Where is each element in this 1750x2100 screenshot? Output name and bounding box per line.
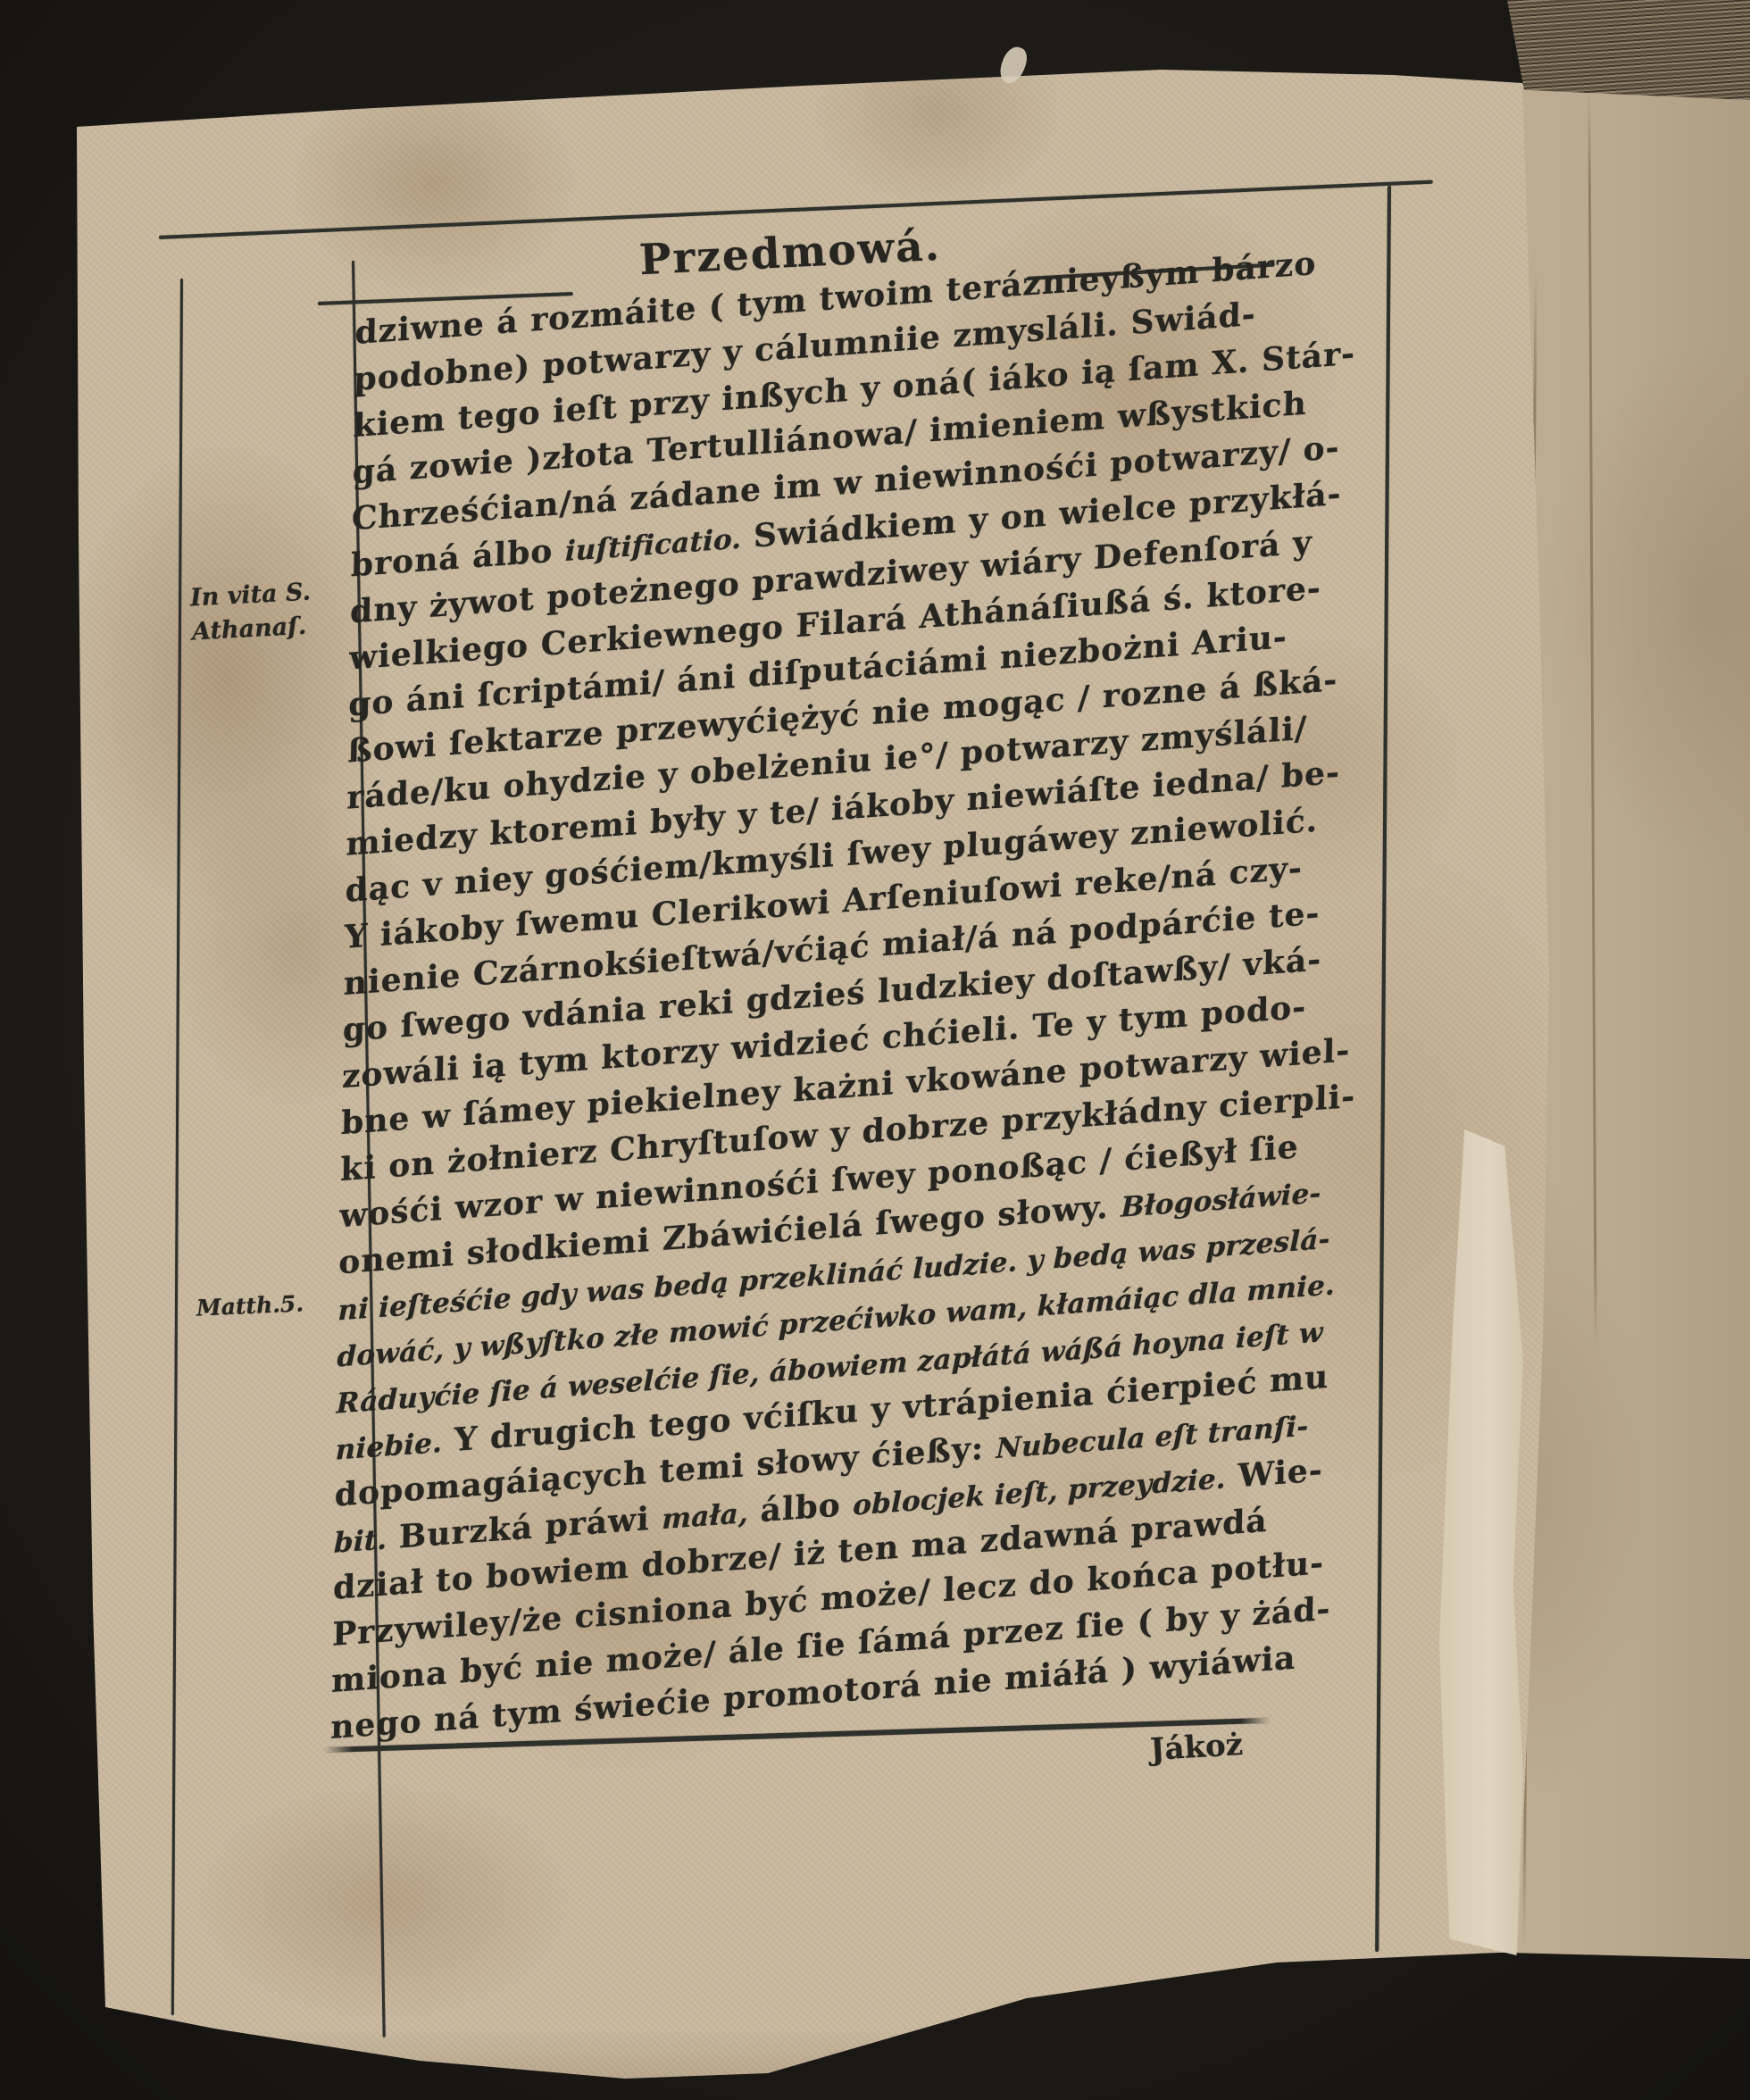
margin-note-athanasius: In vita S. Athanaſ. bbox=[189, 576, 313, 650]
margin-note-line: Athanaſ. bbox=[191, 609, 313, 649]
margin-note-matthew: Matth.5. bbox=[196, 1290, 304, 1321]
catchword: Jákoż bbox=[1121, 1727, 1244, 1770]
book-fore-edge-texture bbox=[1507, 0, 1750, 100]
body-text: dziwne á rozmáite ( tym twoim teráznieyß… bbox=[330, 234, 1396, 1754]
scanned-book-page: Przedmowá. In vita S. Athanaſ. Matth.5. … bbox=[0, 0, 1750, 2100]
